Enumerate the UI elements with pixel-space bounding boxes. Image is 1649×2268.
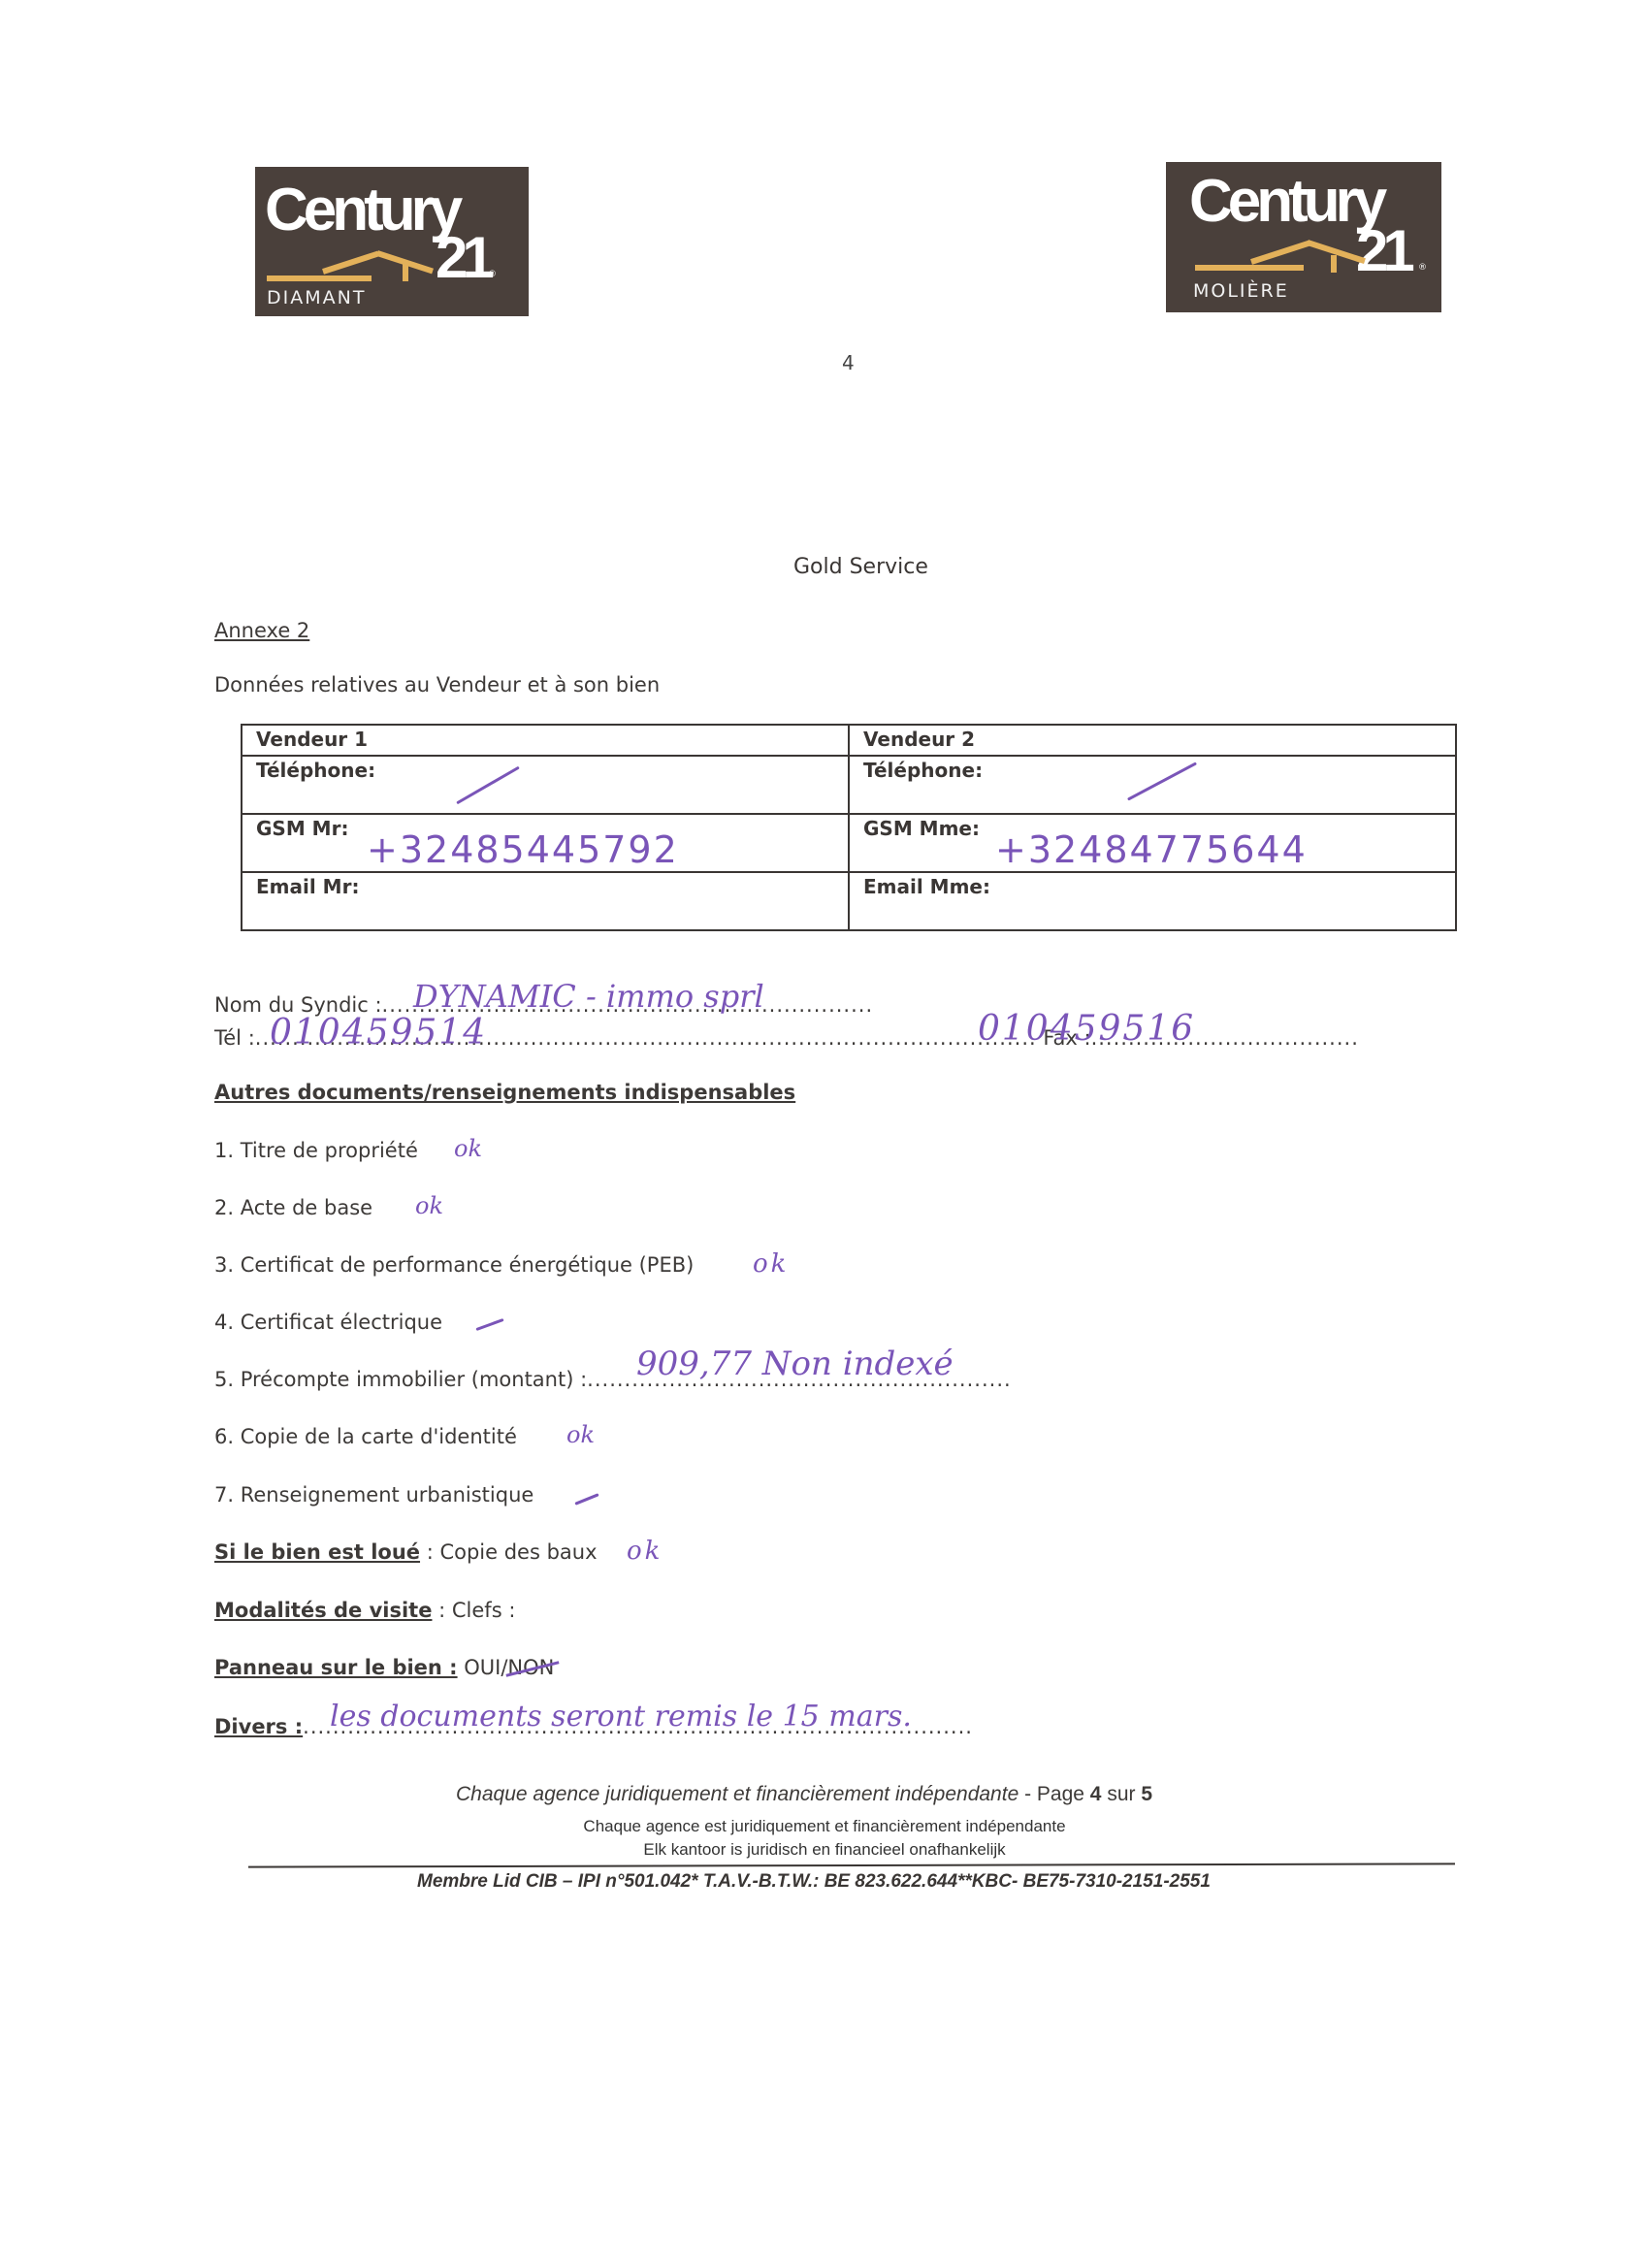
vendor-2-gsm-cell[interactable]: GSM Mme: +32484775644 xyxy=(849,814,1456,872)
vendor-1-gsm-label: GSM Mr: xyxy=(256,817,348,840)
logo-ground-line xyxy=(267,275,372,281)
vendor-2-header: Vendeur 2 xyxy=(849,725,1456,756)
document-item: 7. Renseignement urbanistique xyxy=(214,1483,533,1507)
annexe-label: Annexe 2 xyxy=(214,619,309,642)
footer-page-total: 5 xyxy=(1141,1783,1152,1805)
vendor-1-email-label: Email Mr: xyxy=(256,875,359,898)
misc-value[interactable]: les documents seront remis le 15 mars. xyxy=(330,1700,912,1733)
sign-label: Panneau sur le bien : xyxy=(214,1656,458,1679)
rented-row: Si le bien est loué : Copie des baux xyxy=(214,1540,598,1564)
logo-roof-post xyxy=(403,264,408,281)
vendor-1-email-cell[interactable]: Email Mr: xyxy=(242,872,849,930)
visit-text: : Clefs : xyxy=(432,1599,515,1622)
footer-independence: Chaque agence juridiquement et financièr… xyxy=(456,1783,1018,1805)
vendor-1-phone-cell[interactable]: Téléphone: xyxy=(242,756,849,814)
syndic-tel-value[interactable]: 010459514 xyxy=(270,1013,487,1053)
logo-brand-text: Century xyxy=(265,180,458,241)
vendor-2-email-cell[interactable]: Email Mme: xyxy=(849,872,1456,930)
precompte-value[interactable]: 909,77 Non indexé xyxy=(636,1345,954,1383)
sign-row: Panneau sur le bien : OUI/NON xyxy=(214,1656,554,1679)
document-title: Gold Service xyxy=(793,555,928,579)
vendor-2-gsm-value: +32484775644 xyxy=(995,828,1308,871)
vendor-2-email-label: Email Mme: xyxy=(863,875,990,898)
vendor-2-phone-cell[interactable]: Téléphone: xyxy=(849,756,1456,814)
vendor-1-gsm-value: +32485445792 xyxy=(367,828,679,871)
document-status[interactable]: ok xyxy=(454,1135,482,1162)
vendor-table: Vendeur 1 Vendeur 2 Téléphone: Téléphone… xyxy=(241,724,1457,931)
logo-roof-post xyxy=(1331,255,1337,273)
document-status[interactable]: ok xyxy=(566,1421,595,1448)
footer-divider xyxy=(248,1863,1455,1867)
rented-label: Si le bien est loué xyxy=(214,1540,420,1564)
logo-number: 21 xyxy=(1356,222,1409,280)
logo-agency-name: MOLIÈRE xyxy=(1193,280,1289,302)
visit-row: Modalités de visite : Clefs : xyxy=(214,1599,515,1622)
misc-label: Divers : xyxy=(214,1715,303,1738)
logo-roof-icon xyxy=(1250,240,1311,264)
vendor-1-phone-dash xyxy=(456,766,520,805)
document-status[interactable]: ok xyxy=(753,1249,789,1279)
page-number: 4 xyxy=(842,351,855,374)
document-status[interactable]: ok xyxy=(415,1192,443,1219)
vendor-1-header: Vendeur 1 xyxy=(242,725,849,756)
syndic-name-value[interactable]: DYNAMIC - immo sprl xyxy=(413,978,764,1015)
registered-icon: ® xyxy=(488,270,497,279)
sign-option-non-struck[interactable]: NON xyxy=(507,1656,554,1679)
footer-line-1: Chaque agence juridiquement et financièr… xyxy=(456,1783,1152,1806)
registered-icon: ® xyxy=(1418,263,1427,273)
logo-roof-icon xyxy=(322,251,379,275)
vendor-2-gsm-label: GSM Mme: xyxy=(863,817,980,840)
logo-number: 21 xyxy=(436,229,489,287)
vendor-1-phone-label: Téléphone: xyxy=(256,759,375,782)
footer-line-3: Elk kantoor is juridisch en financieel o… xyxy=(0,1840,1649,1860)
footer-page-current: 4 xyxy=(1090,1783,1102,1805)
document-status-dash xyxy=(574,1493,598,1506)
logo-century21-diamant: Century 21 ® DIAMANT xyxy=(255,167,529,316)
document-item: 6. Copie de la carte d'identité xyxy=(214,1425,517,1448)
vendor-2-phone-dash xyxy=(1127,761,1197,800)
vendor-1-gsm-cell[interactable]: GSM Mr: +32485445792 xyxy=(242,814,849,872)
rented-status[interactable]: ok xyxy=(627,1537,663,1566)
syndic-tel-label: Tél : xyxy=(214,1026,255,1050)
syndic-fax-value[interactable]: 010459516 xyxy=(978,1009,1195,1049)
sign-option-oui[interactable]: OUI/ xyxy=(458,1656,508,1679)
footer-line-2: Chaque agence est juridiquement et finan… xyxy=(0,1817,1649,1836)
document-status-dash xyxy=(475,1318,503,1331)
document-item: 3. Certificat de performance énergétique… xyxy=(214,1253,694,1277)
logo-agency-name: DIAMANT xyxy=(267,287,366,308)
logo-ground-line xyxy=(1195,265,1304,271)
footer-legal-info: Membre Lid CIB – IPI n°501.042* T.A.V.-B… xyxy=(417,1871,1211,1893)
logo-brand-text: Century xyxy=(1189,172,1382,232)
rented-text: : Copie des baux xyxy=(420,1540,598,1564)
logo-century21-moliere: Century 21 ® MOLIÈRE xyxy=(1166,162,1441,312)
document-item: 4. Certificat électrique xyxy=(214,1311,442,1334)
footer-page-sur: sur xyxy=(1101,1783,1141,1805)
footer-page-prefix: - Page xyxy=(1018,1783,1090,1805)
vendor-2-phone-label: Téléphone: xyxy=(863,759,983,782)
visit-label: Modalités de visite xyxy=(214,1599,432,1622)
section-intro: Données relatives au Vendeur et à son bi… xyxy=(214,673,660,697)
document-item: 2. Acte de base xyxy=(214,1196,372,1219)
documents-heading: Autres documents/renseignements indispen… xyxy=(214,1081,795,1104)
document-label: 5. Précompte immobilier (montant) : xyxy=(214,1368,587,1391)
document-item: 1. Titre de propriété xyxy=(214,1139,418,1162)
